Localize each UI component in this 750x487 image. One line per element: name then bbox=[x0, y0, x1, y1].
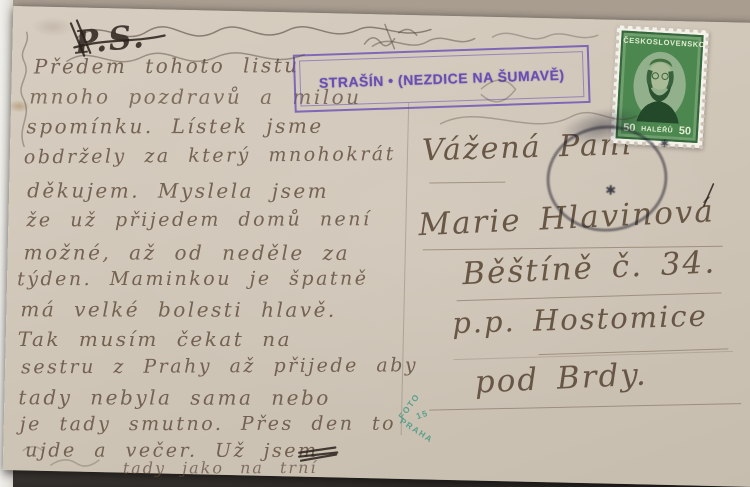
photographer-mark: FOTO 15 PRAHA bbox=[395, 393, 448, 446]
address-street: Běštíně č. 34. bbox=[461, 244, 716, 292]
message-line: tady nebyla sama nebo bbox=[18, 385, 330, 410]
postmark-star-icon: ✱ bbox=[605, 184, 616, 199]
message-line: Předem tohoto listu bbox=[34, 53, 300, 78]
address-underline bbox=[429, 182, 505, 184]
message-line: tady jako na trní bbox=[123, 458, 318, 478]
message-line: je tady smutno. Přes den to bbox=[20, 413, 396, 436]
photographer-mark-bottom: PRAHA bbox=[398, 416, 435, 445]
message-line: má velké bolesti hlavě. bbox=[20, 297, 336, 322]
message-line: sestru z Prahy až přijede aby bbox=[21, 354, 418, 378]
arrival-cachet-stamp: STRAŠÍN • (NEZDICE NA ŠUMAVĚ) bbox=[293, 45, 591, 113]
stamp-value-right: 50 bbox=[678, 125, 691, 138]
postcard-photo: P.S. Předem tohoto listu mnoho pozdravů … bbox=[0, 0, 750, 487]
message-line: obdržely za který mnohokrát bbox=[24, 143, 396, 168]
address-post-office: p.p. Hostomice bbox=[452, 299, 709, 341]
address-region: pod Brdy. bbox=[474, 357, 648, 401]
postcard: P.S. Předem tohoto listu mnoho pozdravů … bbox=[3, 6, 750, 487]
message-line: děkujem. Myslela jsem bbox=[27, 178, 329, 203]
message-line: že už přijedem domů není bbox=[26, 208, 371, 231]
message-line: spomínku. Lístek jsme bbox=[27, 114, 324, 139]
message-line: Tak musím čekat na bbox=[18, 327, 292, 351]
message-line: možné, až od neděle za bbox=[24, 240, 350, 265]
postmark-star-icon: ✱ bbox=[660, 139, 669, 150]
postcard-divider-line bbox=[401, 103, 410, 435]
photographer-mark-number: 15 bbox=[415, 408, 430, 421]
message-line: týden. Maminkou je špatně bbox=[17, 268, 369, 291]
address-underline bbox=[429, 403, 741, 411]
